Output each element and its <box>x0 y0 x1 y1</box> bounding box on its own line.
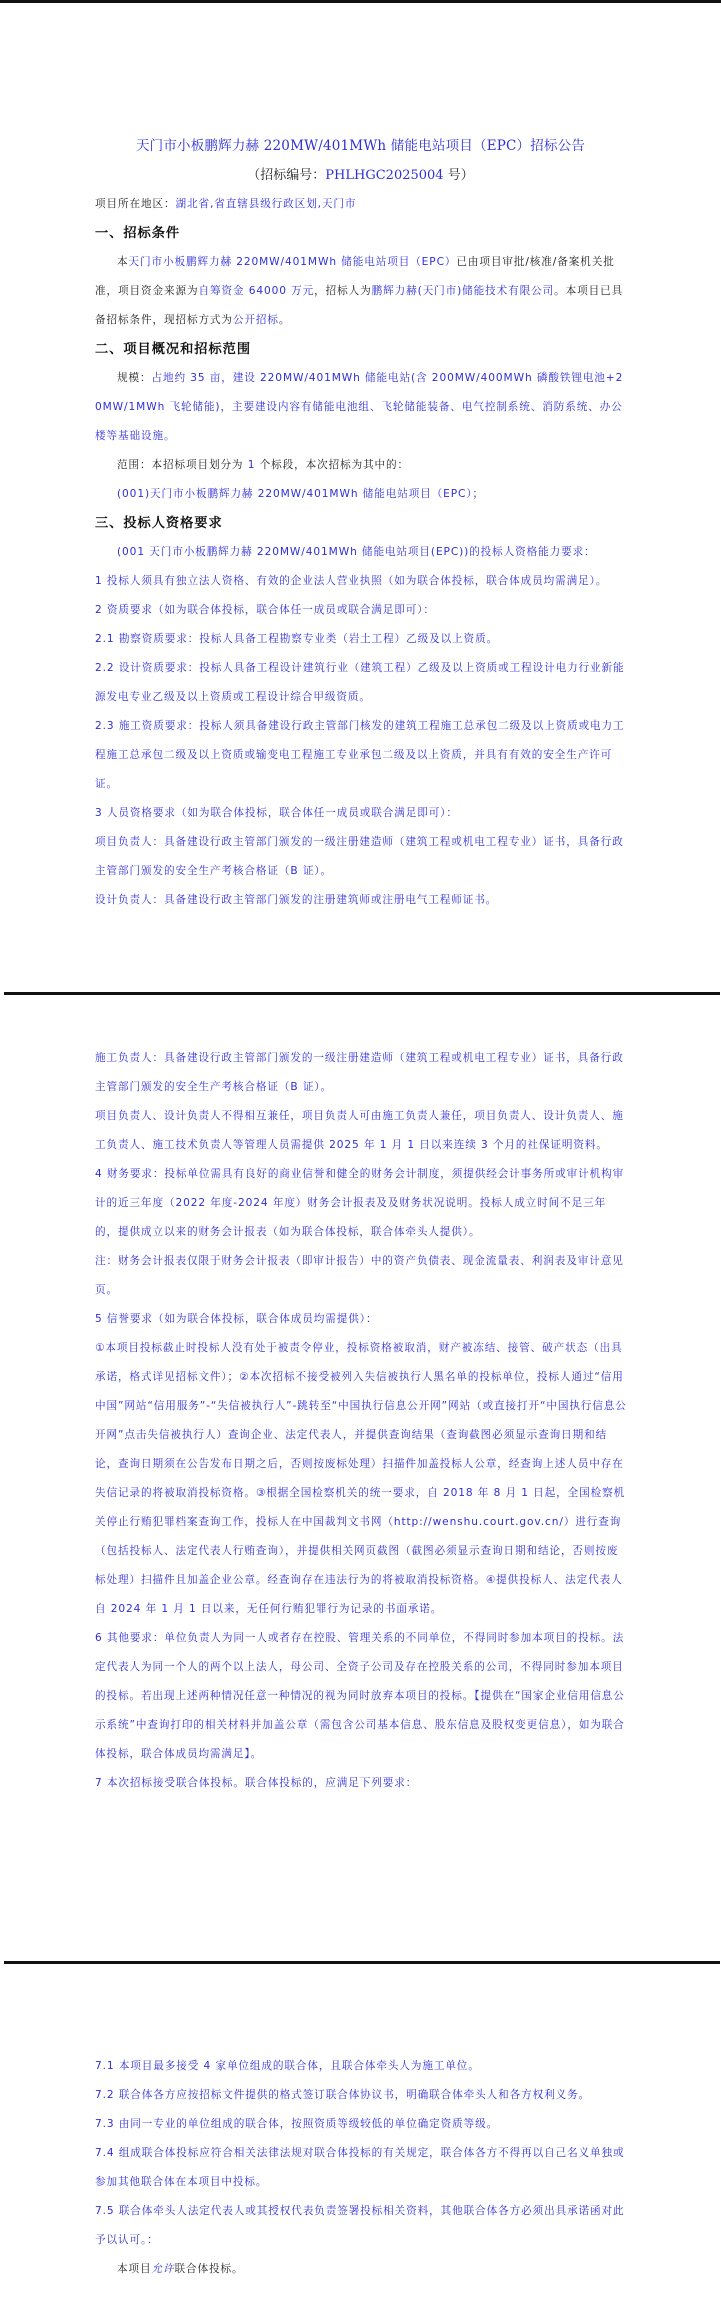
requirement-item: 2 资质要求（如为联合体投标，联合体任一成员或联合满足即可）： <box>95 596 627 625</box>
scope-paragraph: 范围：本招标项目划分为 1 个标段，本次招标为其中的： <box>95 451 627 480</box>
section3-intro: (001 天门市小板鹏辉力赫 220MW/401MWh 储能电站项目(EPC))… <box>95 538 627 567</box>
requirement-item: 7.4 组成联合体投标应符合相关法律法规对联合体投标的有关规定，联合体各方不得再… <box>95 2139 627 2197</box>
page-break-2 <box>4 1961 720 1964</box>
requirement-item: 项目负责人：具备建设行政主管部门颁发的一级注册建造师（建筑工程或机电工程专业）证… <box>95 828 627 886</box>
consortium-line: 本项目允许联合体投标。 <box>95 2255 627 2284</box>
region-value: 湖北省,省直辖县级行政区划,天门市 <box>175 198 356 210</box>
requirement-item: 7.1 本项目最多接受 4 家单位组成的联合体，且联合体牵头人为施工单位。 <box>95 2052 627 2081</box>
section1-heading: 一、招标条件 <box>95 219 627 248</box>
page-1: 项目所在地区：湖北省,省直辖县级行政区划,天门市 一、招标条件 本天门市小板鹏辉… <box>95 190 627 915</box>
requirement-item: ①本项目投标截止时投标人没有处于被责令停业，投标资格被取消，财产被冻结、接管、破… <box>95 1334 627 1624</box>
requirement-item: 7 本次招标接受联合体投标。联合体投标的，应满足下列要求： <box>95 1769 627 1798</box>
requirement-item: 3 人员资格要求（如为联合体投标，联合体任一成员或联合满足即可）： <box>95 799 627 828</box>
requirement-item: 6 其他要求：单位负责人为同一人或者存在控股、管理关系的不同单位，不得同时参加本… <box>95 1624 627 1769</box>
region-line: 项目所在地区：湖北省,省直辖县级行政区划,天门市 <box>95 190 627 219</box>
requirement-item: 2.2 设计资质要求：投标人具备工程设计建筑行业（建筑工程）乙级及以上资质或工程… <box>95 654 627 712</box>
requirement-item: 设计负责人：具备建设行政主管部门颁发的注册建筑师或注册电气工程师证书。 <box>95 886 627 915</box>
tender-number: PHLHGC2025004 <box>325 168 443 183</box>
requirement-item: 项目负责人、设计负责人不得相互兼任，项目负责人可由施工负责人兼任，项目负责人、设… <box>95 1102 627 1160</box>
section2-heading: 二、项目概况和招标范围 <box>95 335 627 364</box>
scale-paragraph: 规模：占地约 35 亩，建设 220MW/401MWh 储能电站(含 200MW… <box>95 364 627 451</box>
requirement-item: 5 信誉要求（如为联合体投标，联合体成员均需提供）： <box>95 1305 627 1334</box>
top-border <box>0 0 721 3</box>
requirement-item: 施工负责人：具备建设行政主管部门颁发的一级注册建造师（建筑工程或机电工程专业）证… <box>95 1044 627 1102</box>
requirement-item: 注：财务会计报表仅限于财务会计报表（即审计报告）中的资产负债表、现金流量表、利润… <box>95 1247 627 1305</box>
requirement-item: 7.3 由同一专业的单位组成的联合体，按照资质等级较低的单位确定资质等级。 <box>95 2110 627 2139</box>
document-subtitle: （招标编号：PHLHGC2025004 号） <box>0 164 721 183</box>
page-3: 7.1 本项目最多接受 4 家单位组成的联合体，且联合体牵头人为施工单位。 7.… <box>95 2052 627 2284</box>
requirement-item: 7.5 联合体牵头人法定代表人或其授权代表负责签署投标相关资料，其他联合体各方必… <box>95 2197 627 2255</box>
section1-paragraph: 本天门市小板鹏辉力赫 220MW/401MWh 储能电站项目（EPC）已由项目审… <box>95 248 627 335</box>
requirement-item: 4 财务要求：投标单位需具有良好的商业信誉和健全的财务会计制度，须提供经会计事务… <box>95 1160 627 1247</box>
page-break-1 <box>4 992 720 995</box>
requirement-item: 7.2 联合体各方应按招标文件提供的格式签订联合体协议书，明确联合体牵头人和各方… <box>95 2081 627 2110</box>
document-title: 天门市小板鹏辉力赫 220MW/401MWh 储能电站项目（EPC）招标公告 <box>0 134 721 154</box>
page-2: 施工负责人：具备建设行政主管部门颁发的一级注册建造师（建筑工程或机电工程专业）证… <box>95 1044 627 1798</box>
requirement-item: 2.1 勘察资质要求：投标人具备工程勘察专业类（岩土工程）乙级及以上资质。 <box>95 625 627 654</box>
requirement-item: 1 投标人须具有独立法人资格、有效的企业法人营业执照（如为联合体投标，联合体成员… <box>95 567 627 596</box>
lot-line: (001)天门市小板鹏辉力赫 220MW/401MWh 储能电站项目（EPC）； <box>95 480 627 509</box>
section3-heading: 三、投标人资格要求 <box>95 509 627 538</box>
consortium-value: 允许 <box>151 2263 174 2275</box>
requirement-item: 2.3 施工资质要求：投标人须具备建设行政主管部门核发的建筑工程施工总承包二级及… <box>95 712 627 799</box>
